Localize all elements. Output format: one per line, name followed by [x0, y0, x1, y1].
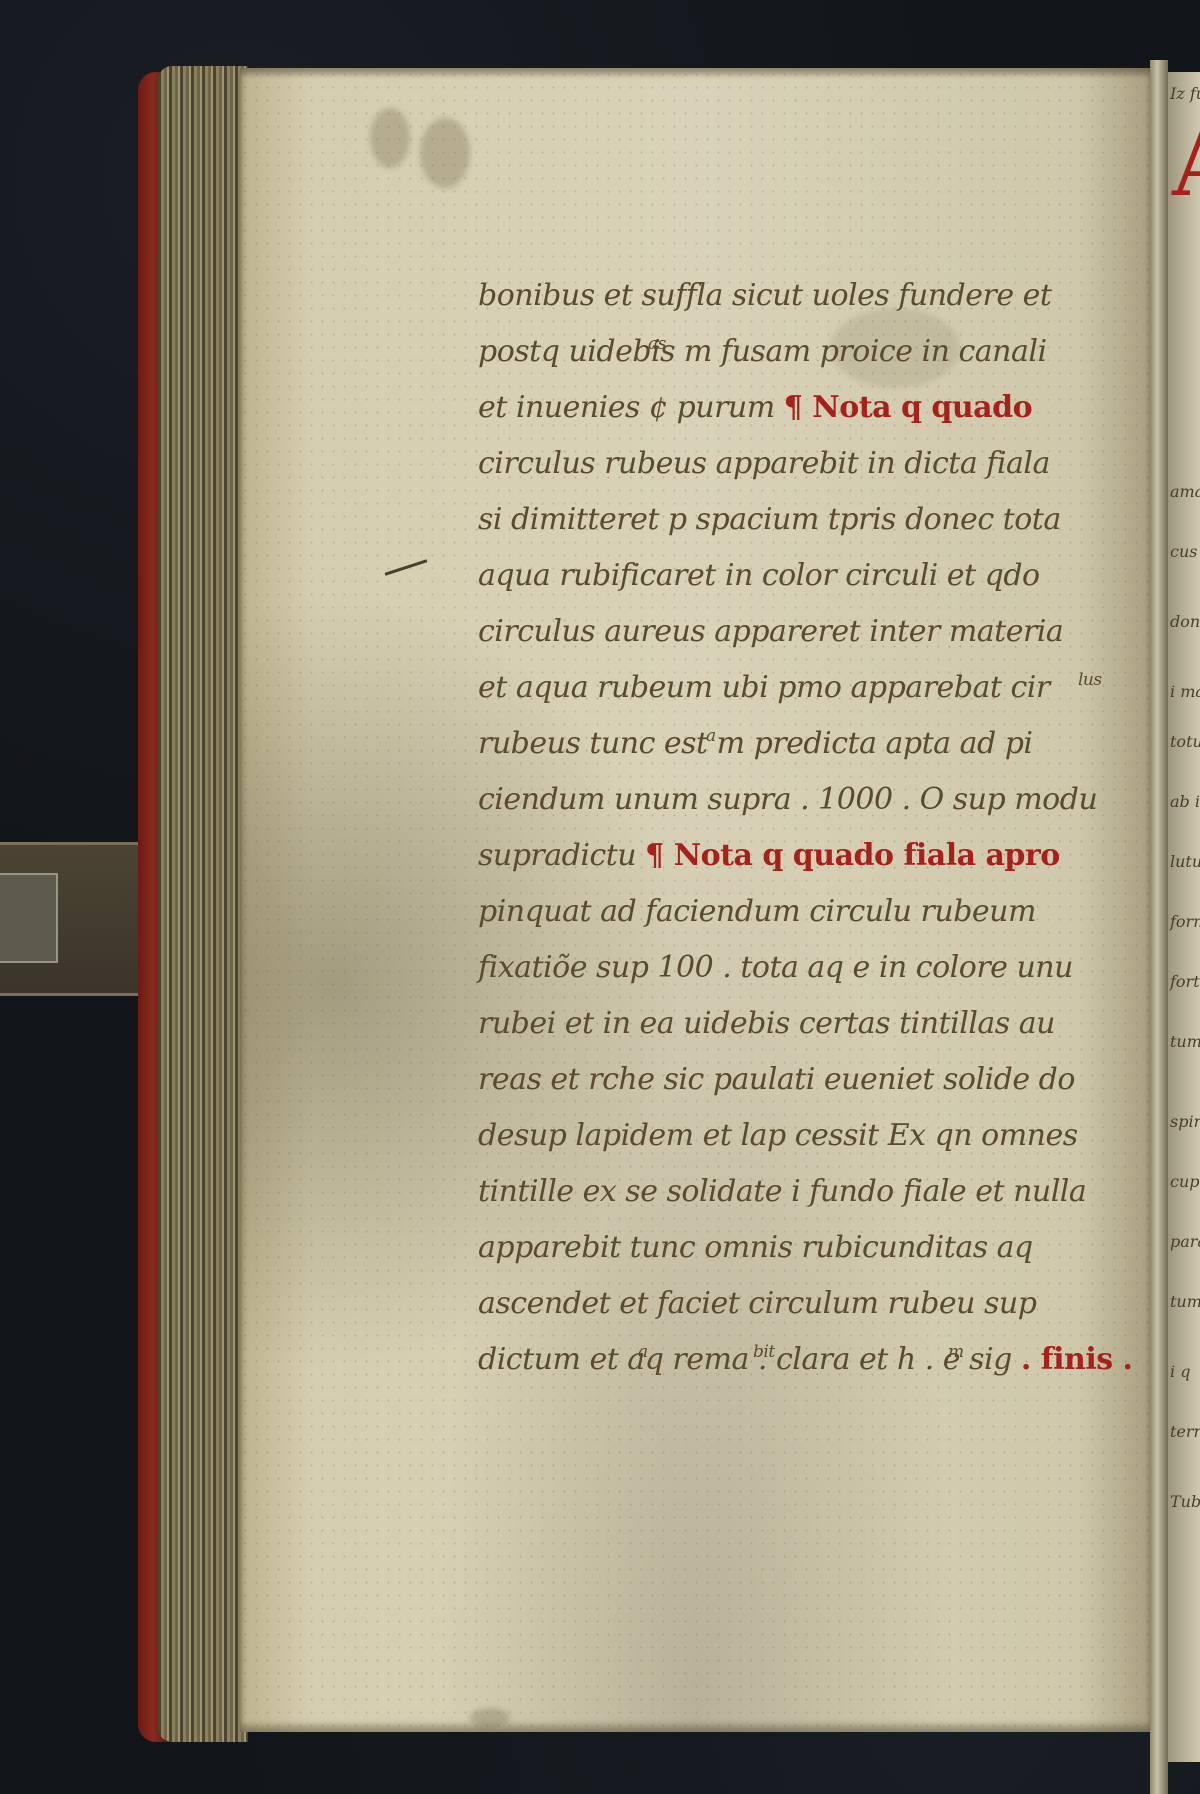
clasp-buckle	[0, 873, 58, 963]
facing-text: i q	[1170, 1362, 1190, 1381]
stain-bottom	[470, 1708, 510, 1728]
text-line-10: ciendum unum supra . 1000 . O sup modu	[478, 772, 1118, 828]
text-line-11: supradictu ¶ Nota q quado fiala apro	[478, 828, 1118, 884]
text-line-4: circulus rubeus apparebit in dicta fiala	[478, 436, 1118, 492]
text-line-1: bonibus et suffla sicut uoles fundere et	[478, 268, 1118, 324]
facing-text: donec	[1170, 612, 1200, 631]
red-initial-letter: A	[1172, 112, 1200, 217]
facing-text: cupas fr	[1170, 1172, 1200, 1191]
text-line-18: apparebit tunc omnis rubicunditas aq	[478, 1220, 1118, 1276]
text-line-15: reas et rche sic paulati eueniet solide …	[478, 1052, 1118, 1108]
text-line-2: as postq uidebis m fusam proice in canal…	[478, 324, 1118, 380]
facing-text: tum q	[1170, 1292, 1200, 1311]
superscript: as	[648, 316, 666, 372]
text-line-9: a rubeus tunc est m predicta apta ad pi	[478, 716, 1118, 772]
facing-text: fortc	[1170, 972, 1200, 991]
facing-text: spirit	[1170, 1112, 1200, 1131]
rubric-nota-2: ¶ Nota q quado fiala apro	[645, 838, 1060, 873]
facing-text: i magn	[1170, 682, 1200, 701]
page-edges-stack	[158, 66, 248, 1742]
facing-text: tumef	[1170, 1032, 1200, 1051]
text-line-16: desup lapidem et lap cessit Ex qn omnes	[478, 1108, 1118, 1164]
text-line-14: rubei et in ea uidebis certas tintillas …	[478, 996, 1118, 1052]
facing-text: totum	[1170, 732, 1200, 751]
superscript: lus	[1078, 652, 1102, 708]
facing-text: cus	[1170, 542, 1197, 561]
facing-text: lutu	[1170, 852, 1200, 871]
text-line-12: pinquat ad faciendum circulu rubeum	[478, 884, 1118, 940]
text-line-6: aqua rubificaret in color circuli et qdo	[478, 548, 1118, 604]
text-line-17: tintille ex se solidate i fundo fiale et…	[478, 1164, 1118, 1220]
text-line-20: a bit m dictum et aq rema . clara et h .…	[478, 1332, 1118, 1388]
finis-rubric: . finis .	[1021, 1342, 1133, 1377]
facing-text: Iz fu	[1170, 84, 1200, 103]
text-line-7: circulus aureus appareret inter materia	[478, 604, 1118, 660]
text-line-13: fixatiõe sup 100 . tota aq e in colore u…	[478, 940, 1118, 996]
facing-text: parato	[1170, 1232, 1200, 1251]
facing-page: A Iz fu ama cus donec i magn totum ab ig…	[1168, 72, 1200, 1762]
facing-text: forma la	[1170, 912, 1200, 931]
facing-text: ama	[1170, 482, 1200, 501]
facing-text: terram	[1170, 1422, 1200, 1441]
text-line-19: ascendet et faciet circulum rubeu sup	[478, 1276, 1118, 1332]
book-gutter	[1150, 60, 1168, 1794]
text-line-8: et aqua rubeum ubi pmo apparebat cir lus	[478, 660, 1118, 716]
superscript: bit	[753, 1324, 775, 1380]
rubric-nota-1: ¶ Nota q quado	[784, 390, 1032, 425]
superscript: m	[948, 1324, 964, 1380]
text-line-3: et inuenies ¢ purum ¶ Nota q quado	[478, 380, 1118, 436]
clasp-strap	[0, 842, 148, 996]
superscript: a	[706, 708, 716, 764]
text-line-5: si dimitteret p spacium tpris donec tota	[478, 492, 1118, 548]
manuscript-text-block: bonibus et suffla sicut uoles fundere et…	[478, 268, 1118, 1388]
facing-text: Tubo q	[1170, 1492, 1200, 1511]
stain-top-left-2	[420, 118, 470, 188]
facing-text: ab igne	[1170, 792, 1200, 811]
stain-top-left	[370, 108, 410, 168]
superscript: a	[638, 1324, 648, 1380]
